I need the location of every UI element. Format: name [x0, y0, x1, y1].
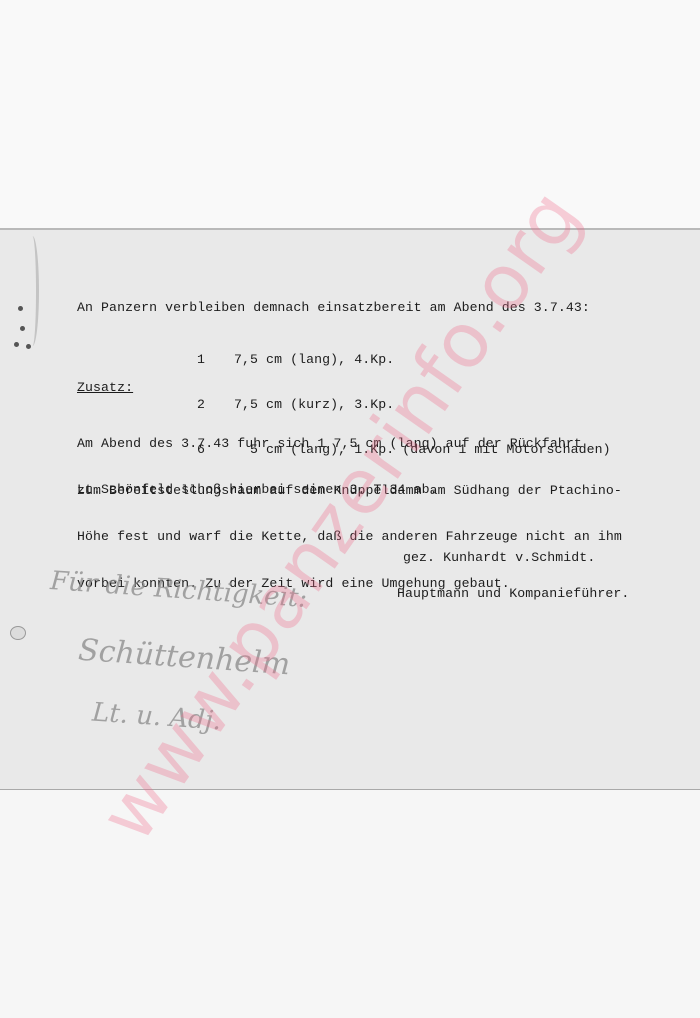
staple-mark	[14, 342, 19, 347]
punch-hole	[10, 626, 26, 640]
background-bottom	[0, 790, 700, 1018]
heading-line: An Panzern verbleiben demnach einsatzber…	[77, 300, 590, 315]
rank-line: Hauptmann und Kompanieführer.	[397, 586, 629, 601]
note-line: Lt.Schönfeld schoß hierbei seinen 3. T 3…	[77, 482, 438, 497]
handwritten-signature: Schüttenhelm	[77, 633, 291, 683]
handwritten-title: Lt. u. Adj.	[91, 698, 222, 737]
staple-mark	[20, 326, 25, 331]
zusatz-heading: Zusatz:	[77, 380, 133, 395]
paragraph-line: Am Abend des 3.7.43 fuhr sich 1 7,5 cm (…	[77, 436, 622, 452]
torn-edge	[26, 236, 39, 346]
document-page: An Panzern verbleiben demnach einsatzber…	[0, 228, 700, 790]
inventory-row: 1 7,5 cm (lang), 4.Kp.	[197, 352, 611, 367]
signature-line: gez. Kunhardt v.Schmidt.	[403, 550, 595, 565]
staple-mark	[26, 344, 31, 349]
staple-mark	[18, 306, 23, 311]
inventory-description: 7,5 cm (lang), 4.Kp.	[234, 352, 394, 367]
background-top	[0, 0, 700, 228]
inventory-count: 1	[197, 352, 234, 367]
paragraph-line: Höhe fest und warf die Kette, daß die an…	[77, 529, 622, 545]
